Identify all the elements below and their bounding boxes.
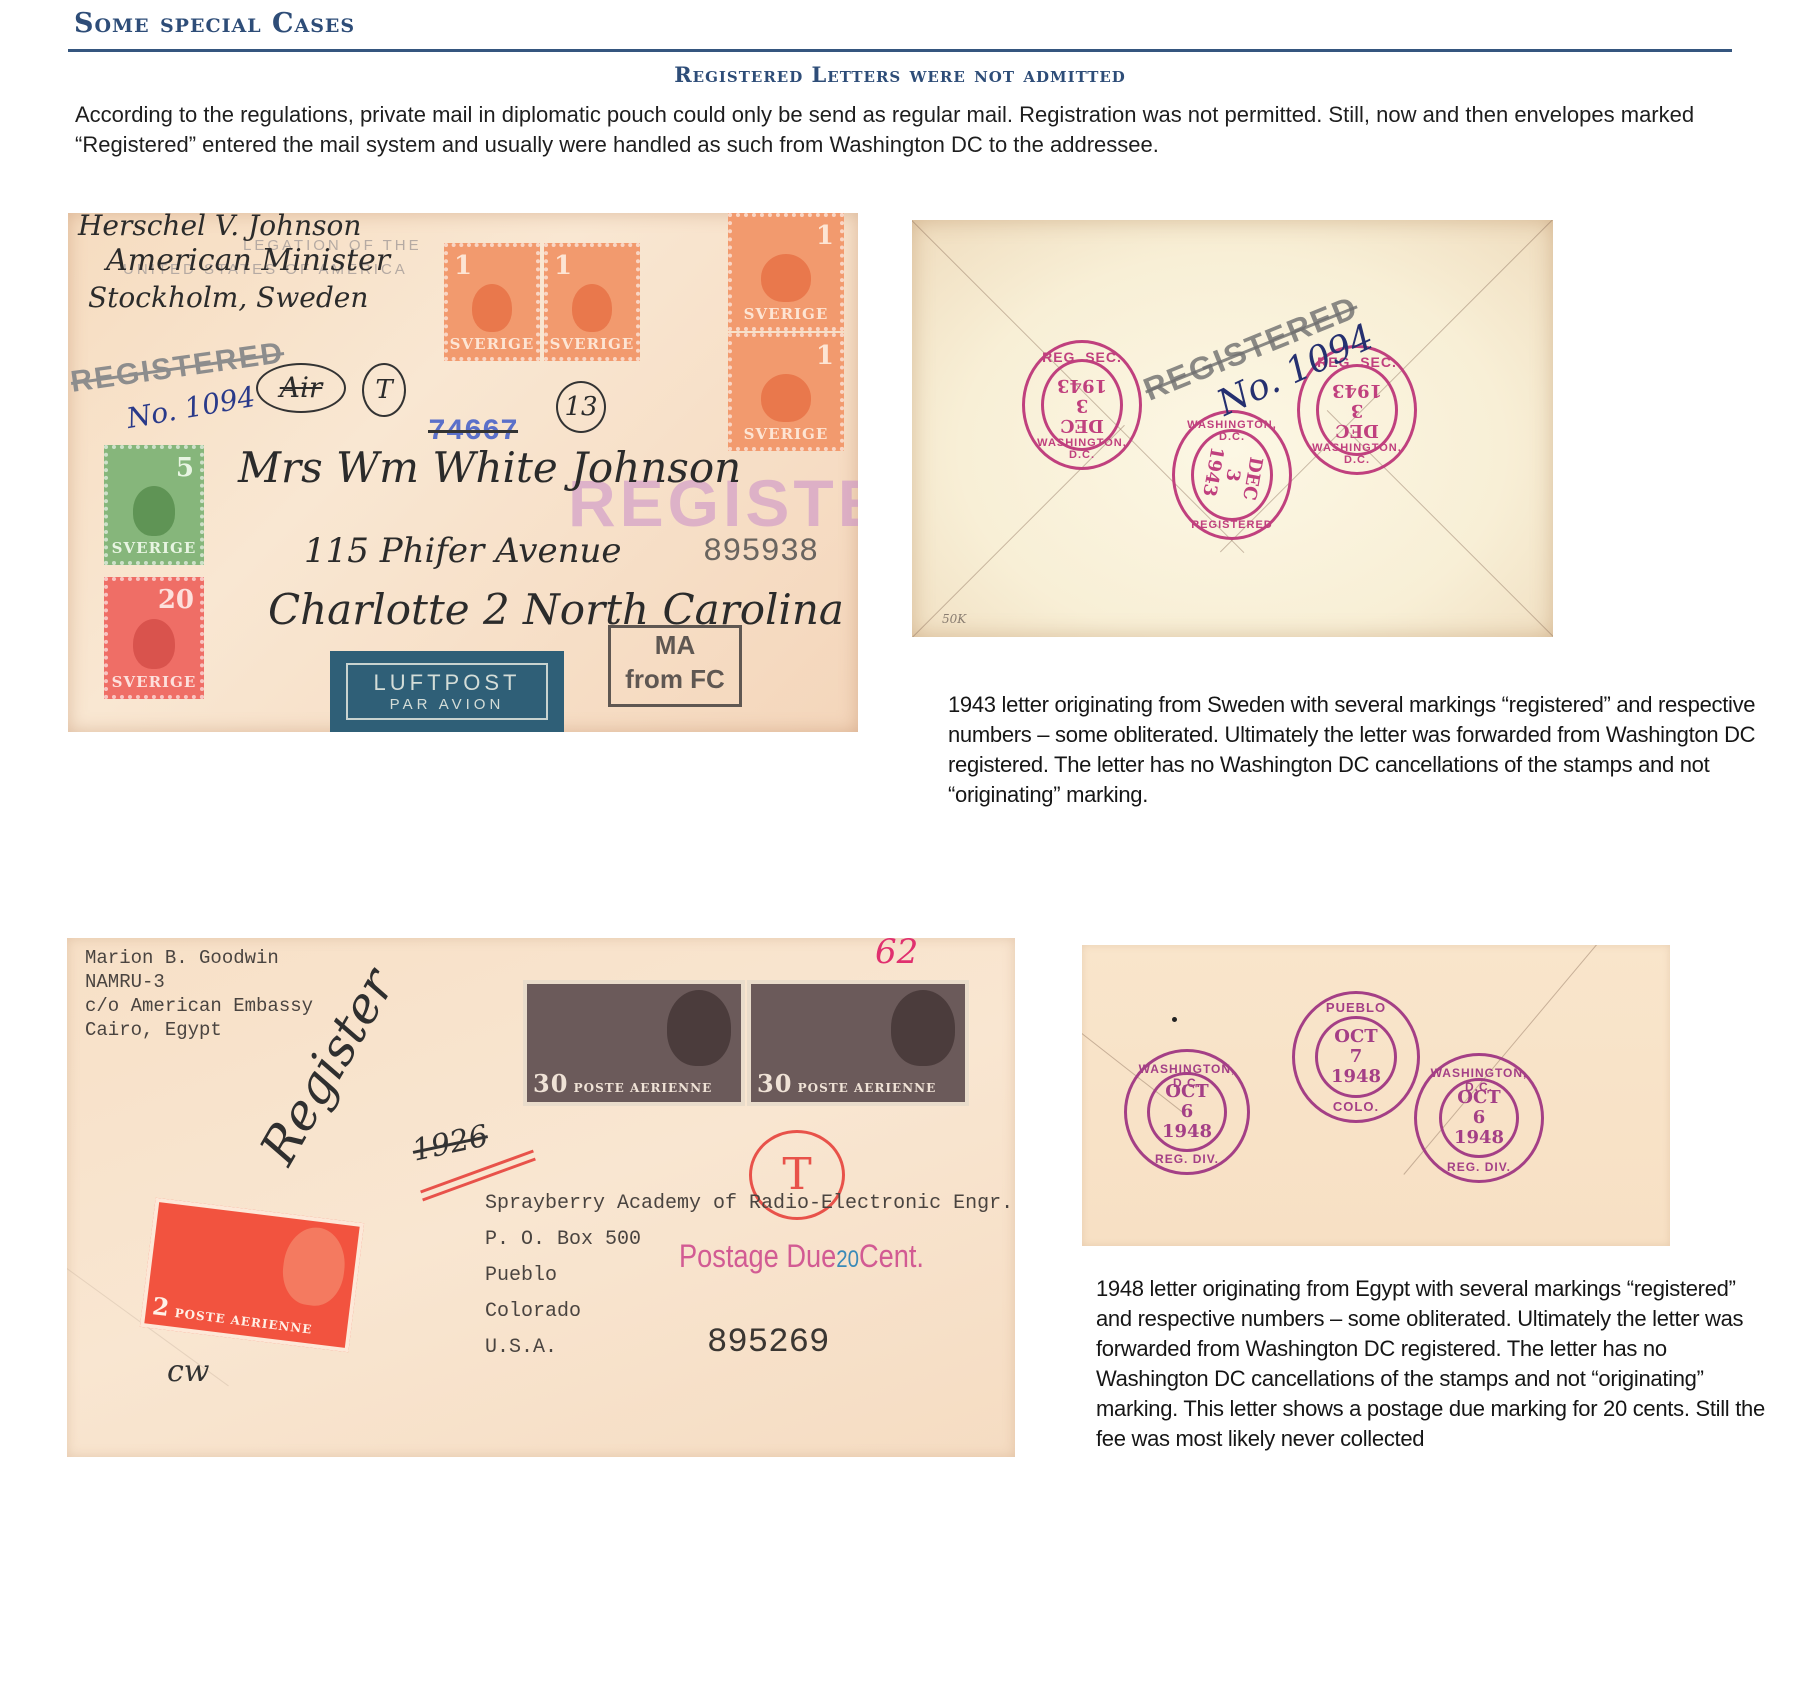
t-circled-marking: T xyxy=(362,363,406,417)
reg-number-stamp: 895269 xyxy=(707,1324,829,1362)
stamp-egypt-30-mills: 30 POSTE AERIENNE xyxy=(747,980,969,1106)
sender-line-3: c/o American Embassy xyxy=(85,994,313,1018)
portrait-icon xyxy=(279,1224,349,1309)
red-number-marking: 62 xyxy=(875,938,918,972)
addressee-line-4: Colorado xyxy=(485,1300,581,1323)
envelope-sweden-back: REG. SEC. DEC 3 1943 WASHINGTON, D.C. WA… xyxy=(912,220,1553,637)
sender-line-4: Cairo, Egypt xyxy=(85,1018,222,1042)
portrait-icon xyxy=(133,619,175,669)
dot-mark xyxy=(1172,1017,1177,1022)
portrait-icon xyxy=(572,284,612,332)
cancel-washington-dec-1943: WASHINGTON, D.C. DEC 3 1943 REGISTERED xyxy=(1172,410,1292,540)
addressee-line-2: P. O. Box 500 xyxy=(485,1228,641,1251)
portrait-icon xyxy=(133,486,175,535)
sender-line-1: Herschel V. Johnson xyxy=(78,213,361,242)
cancel-washington-oct-1948: WASHINGTON, D.C. OCT 6 1948 REG. DIV. xyxy=(1414,1053,1544,1183)
cancel-pueblo-oct-1948: PUEBLO OCT 7 1948 COLO. xyxy=(1292,991,1420,1123)
stamp-egypt-2-mills: 2 POSTE AERIENNE xyxy=(140,1198,364,1353)
cancel-washington-oct-1948: WASHINGTON, D.C. OCT 6 1948 REG. DIV. xyxy=(1124,1049,1250,1175)
portrait-icon xyxy=(891,990,955,1066)
portrait-icon xyxy=(761,254,811,302)
title-rule xyxy=(68,49,1732,52)
pencil-note: 50K xyxy=(942,612,966,626)
envelope-egypt-front: Marion B. Goodwin NAMRU-3 c/o American E… xyxy=(67,938,1015,1457)
cancel-washington-dec-1943: REG. SEC. DEC 3 1943 WASHINGTON, D.C. xyxy=(1022,340,1142,470)
portrait-icon xyxy=(472,284,512,332)
caption-sweden-1943: 1943 letter originating from Sweden with… xyxy=(948,690,1768,810)
intro-paragraph: According to the regulations, private ma… xyxy=(75,100,1775,160)
sender-line-3: Stockholm, Sweden xyxy=(88,281,368,314)
envelope-egypt-back: WASHINGTON, D.C. OCT 6 1948 REG. DIV. PU… xyxy=(1082,945,1670,1246)
thirteen-circled-marking: 13 xyxy=(556,381,606,433)
stamp-sweden-1kr: 1 SVERIGE xyxy=(728,213,844,331)
stamp-sweden-1kr: 1 SVERIGE xyxy=(728,333,844,451)
air-circled-marking: Air xyxy=(256,363,346,413)
register-handwritten: Register xyxy=(249,959,406,1174)
reg-number-struck: 1926 xyxy=(409,1118,491,1168)
addressee-line-1: Sprayberry Academy of Radio-Electronic E… xyxy=(485,1192,1013,1215)
sender-line-1: Marion B. Goodwin xyxy=(85,946,279,970)
sender-line-2: NAMRU-3 xyxy=(85,970,165,994)
stamp-egypt-30-mills: 30 POSTE AERIENNE xyxy=(523,980,745,1106)
page-title: Some special Cases xyxy=(74,8,355,39)
reg-number-stamp: 895938 xyxy=(703,533,818,570)
addressee-line-3: Charlotte 2 North Carolina xyxy=(268,585,844,634)
stamp-sweden-20: 20 SVERIGE xyxy=(104,577,204,699)
initials-handwritten: cw xyxy=(167,1354,209,1389)
stamp-sweden-1kr: 1 SVERIGE xyxy=(544,243,640,361)
airmail-label: LUFTPOST PAR AVION xyxy=(330,651,564,732)
caption-egypt-1948: 1948 letter originating from Egypt with … xyxy=(1096,1274,1776,1454)
section-subtitle: Registered Letters were not admitted xyxy=(0,62,1800,87)
portrait-icon xyxy=(761,374,811,422)
addressee-line-3: Pueblo xyxy=(485,1264,557,1287)
stamp-sweden-1kr: 1 SVERIGE xyxy=(444,243,540,361)
addressee-line-1: Mrs Wm White Johnson xyxy=(238,443,741,492)
envelope-sweden-front: LEGATION OF THE UNITED STATES OF AMERICA… xyxy=(68,213,858,732)
stamp-sweden-5ore: 5 SVERIGE xyxy=(104,445,204,565)
postage-due-marking: Postage Due20Cent. xyxy=(679,1238,924,1275)
sender-line-2: American Minister xyxy=(106,243,390,278)
addressee-line-2: 115 Phifer Avenue xyxy=(304,531,622,571)
ma-from-fc-box: MA from FC xyxy=(608,625,742,707)
portrait-icon xyxy=(667,990,731,1066)
addressee-line-5: U.S.A. xyxy=(485,1336,557,1359)
